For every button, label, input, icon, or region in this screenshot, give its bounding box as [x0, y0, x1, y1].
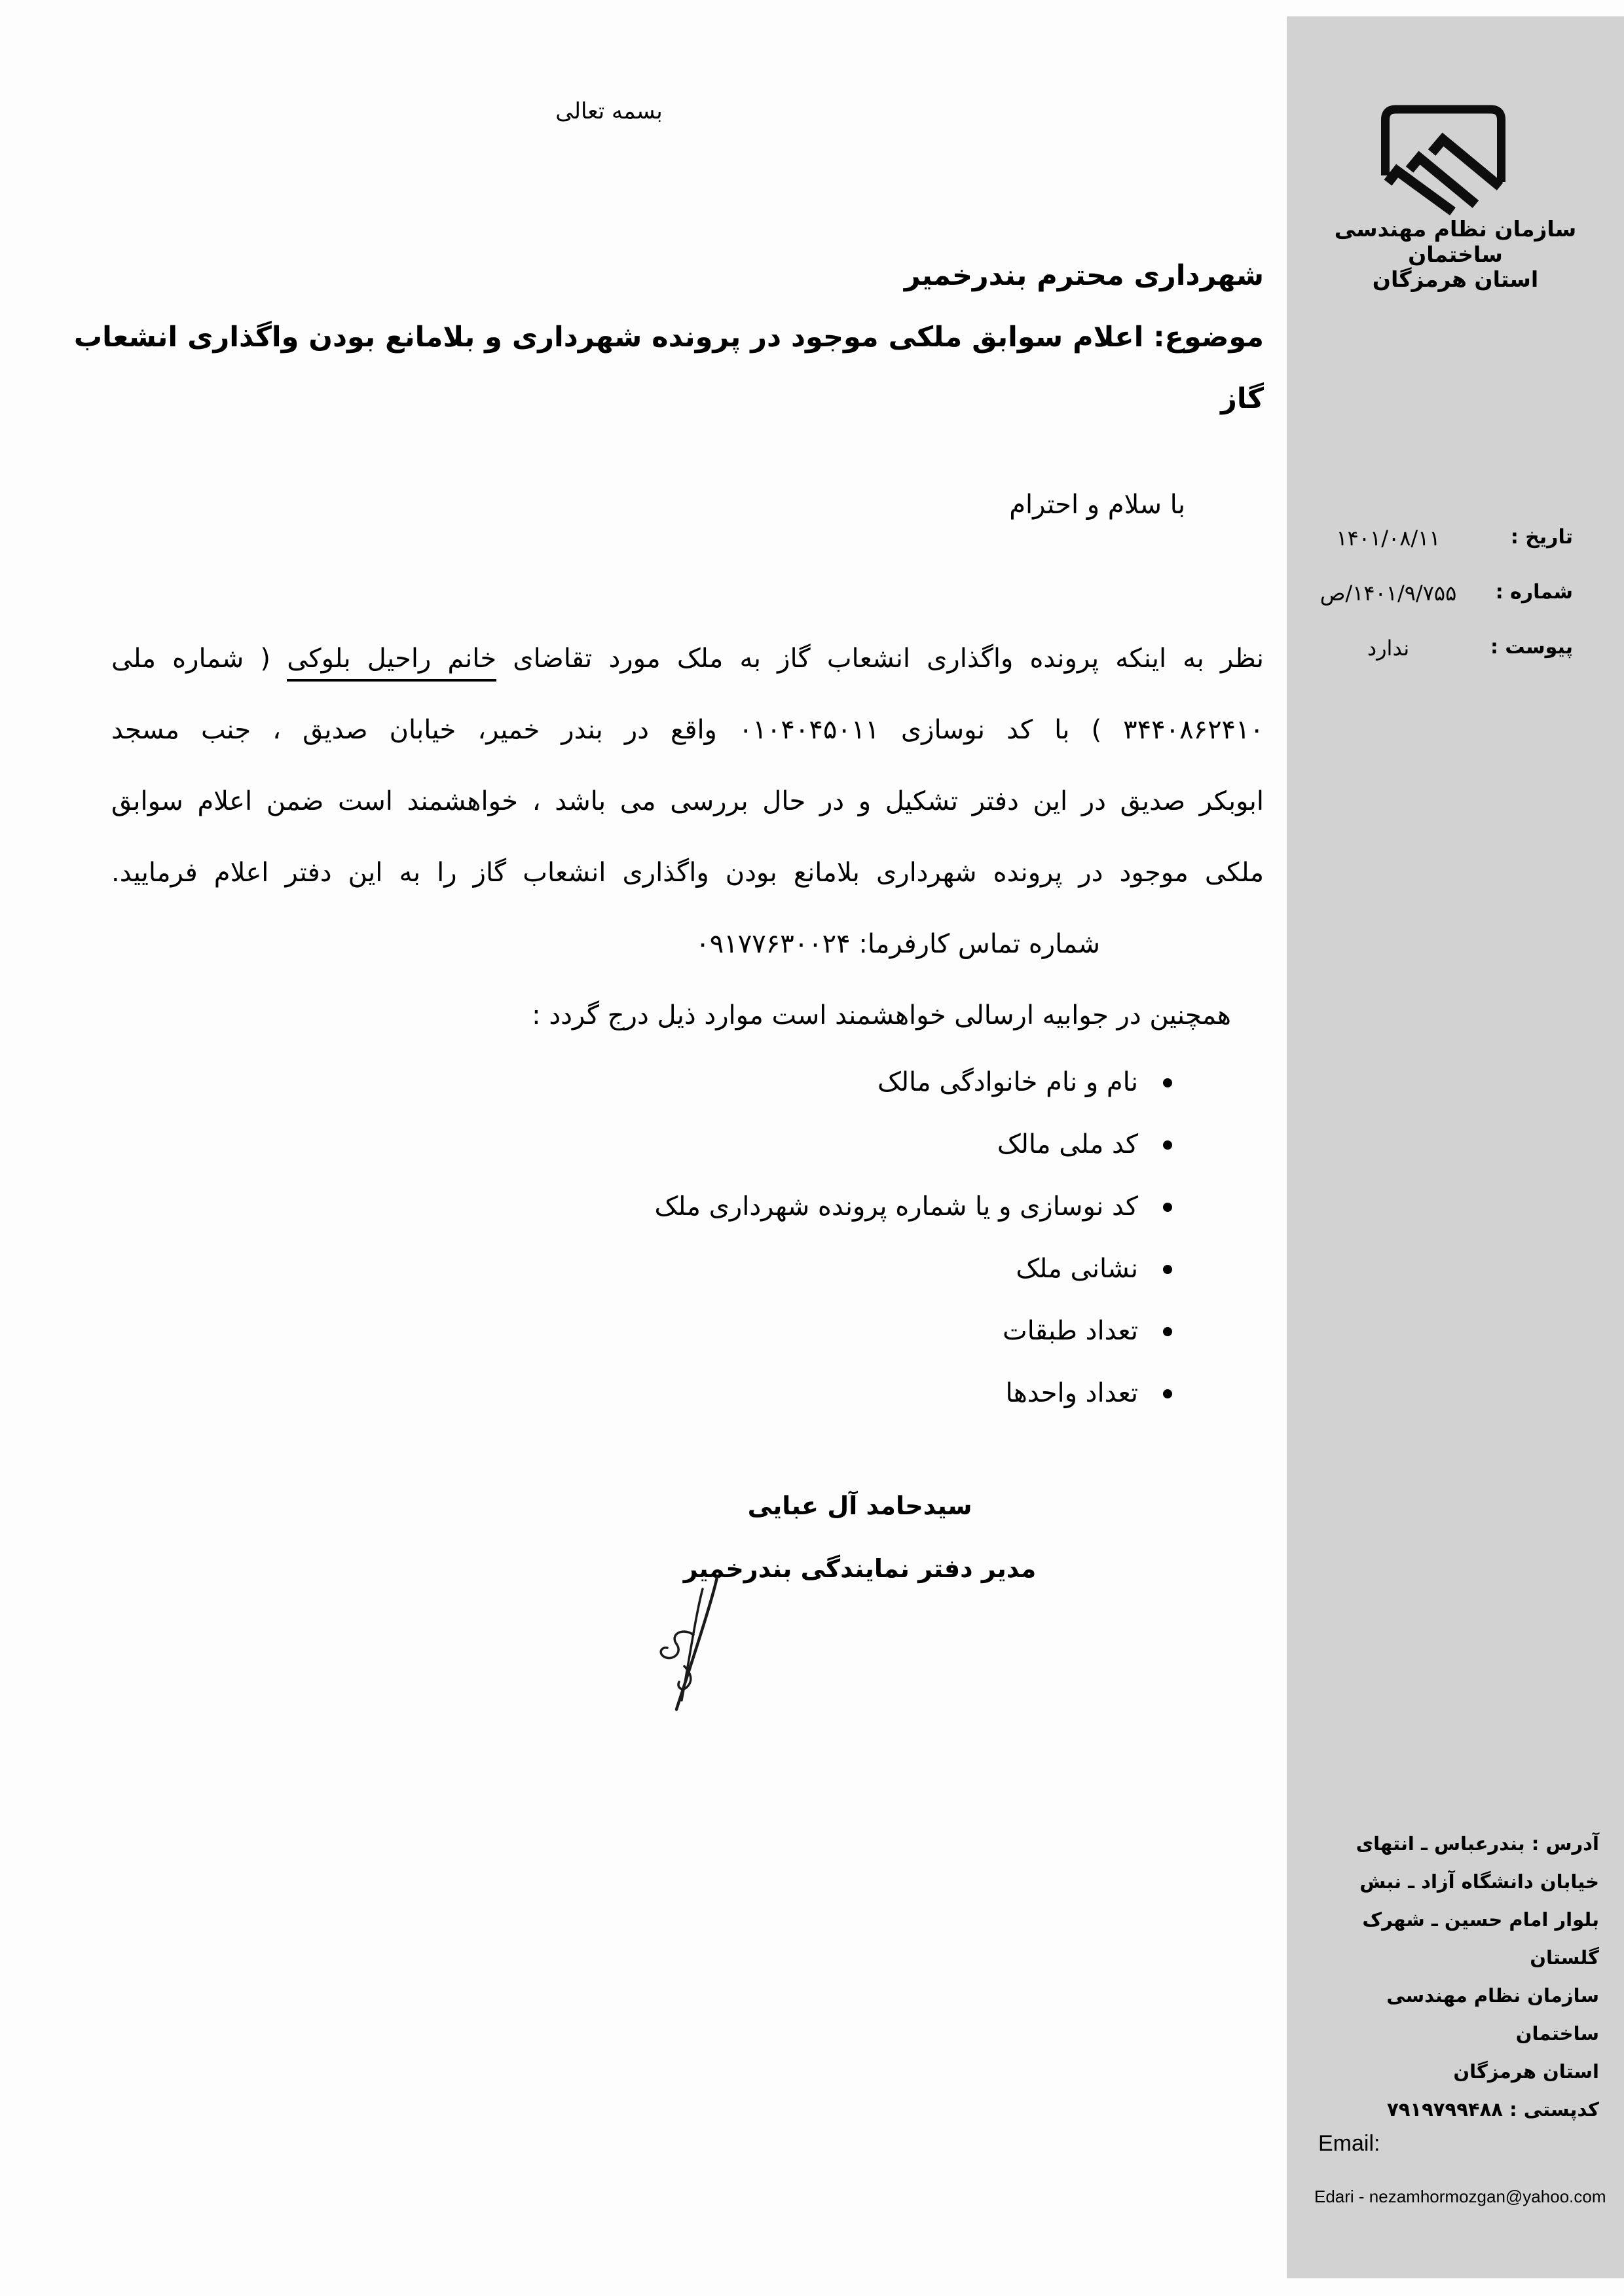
- list-item-label: تعداد طبقات: [1003, 1300, 1138, 1362]
- body-line-1-pre: نظر به اینکه پرونده واگذاری انشعاب گاز ب…: [496, 644, 1264, 674]
- body-line-2: ۳۴۴۰۸۶۲۴۱۰ ) با کد نوسازی ۰۱۰۴۰۴۵۰۱۱ واق…: [111, 695, 1264, 766]
- attachment-row: پیوست : ندارد: [1287, 636, 1624, 691]
- list-item-label: تعداد واحدها: [1006, 1362, 1139, 1425]
- bullet-icon: [1163, 1327, 1172, 1336]
- email-value: Edari - nezamhormozgan@yahoo.com: [1314, 2187, 1606, 2207]
- bullet-icon: [1163, 1078, 1172, 1087]
- bullet-icon: [1163, 1389, 1172, 1398]
- body-line-4: ملکی موجود در پرونده شهرداری بلامانع بود…: [111, 837, 1264, 909]
- list-item: کد ملی مالک: [654, 1114, 1172, 1176]
- list-item-label: نشانی ملک: [1016, 1238, 1138, 1300]
- postal-code-line: کدپستی : ۷۹۱۹۷۹۹۴۸۸: [1313, 2090, 1599, 2128]
- bullet-icon: [1163, 1203, 1172, 1212]
- number-row: شماره : ۱۴۰۱/۹/۷۵۵/ص: [1287, 581, 1624, 636]
- date-value: ۱۴۰۱/۰۸/۱۱: [1306, 526, 1470, 551]
- letter-meta: تاریخ : ۱۴۰۱/۰۸/۱۱ شماره : ۱۴۰۱/۹/۷۵۵/ص …: [1287, 526, 1624, 691]
- besmellah-text: بسمه تعالی: [504, 98, 714, 124]
- attachment-value: ندارد: [1306, 636, 1470, 661]
- list-item: کد نوسازی و یا شماره پرونده شهرداری ملک: [654, 1176, 1172, 1238]
- address-line: گلستان: [1313, 1939, 1599, 1977]
- body-line-3: ابوبکر صدیق در این دفتر تشکیل و در حال ب…: [111, 766, 1264, 837]
- list-item-label: کد ملی مالک: [997, 1114, 1138, 1176]
- address-line: استان هرمزگان: [1313, 2052, 1599, 2090]
- email-label: Email:: [1318, 2131, 1380, 2157]
- list-item: تعداد واحدها: [654, 1362, 1172, 1425]
- date-row: تاریخ : ۱۴۰۱/۰۸/۱۱: [1287, 526, 1624, 581]
- bullet-icon: [1163, 1140, 1172, 1150]
- organization-logo-icon: [1375, 100, 1536, 218]
- required-items-list: نام و نام خانوادگی مالک کد ملی مالک کد ن…: [654, 1051, 1172, 1425]
- address-line: آدرس : بندرعباس ـ انتهای: [1313, 1825, 1599, 1863]
- employer-phone-line: شماره تماس کارفرما: ۰۹۱۷۷۶۳۰۰۲۴: [111, 909, 1264, 980]
- letter-page: بسمه تعالی شهرداری محترم بندرخمیر موضوع:…: [0, 0, 1624, 2296]
- list-item: تعداد طبقات: [654, 1300, 1172, 1362]
- org-name-line-2: استان هرمزگان: [1287, 266, 1624, 292]
- subject-line-1: موضوع: اعلام سوابق ملکی موجود در پرونده …: [111, 321, 1264, 354]
- org-name-line-1: سازمان نظام مهندسی ساختمان: [1287, 216, 1624, 267]
- address-line: سازمان نظام مهندسی ساختمان: [1313, 1977, 1599, 2052]
- list-item: نشانی ملک: [654, 1238, 1172, 1300]
- list-item-label: نام و نام خانوادگی مالک: [877, 1051, 1138, 1114]
- bullet-icon: [1163, 1265, 1172, 1274]
- attachment-label: پیوست :: [1490, 636, 1573, 659]
- request-line: همچنین در جوابیه ارسالی خواهشمند است موا…: [111, 980, 1264, 1051]
- address-line: خیابان دانشگاه آزاد ـ نبش: [1313, 1863, 1599, 1901]
- body-line-1-post: ( شماره ملی: [111, 644, 287, 674]
- addressee-line: شهرداری محترم بندرخمیر: [904, 259, 1264, 292]
- org-address: آدرس : بندرعباس ـ انتهای خیابان دانشگاه …: [1313, 1825, 1599, 2128]
- list-item: نام و نام خانوادگی مالک: [654, 1051, 1172, 1114]
- sidebar: سازمان نظام مهندسی ساختمان استان هرمزگان…: [1287, 16, 1624, 2278]
- handwritten-signature-icon: [638, 1575, 733, 1712]
- signatory-name: سیدحامد آل عبایی: [663, 1474, 1056, 1537]
- number-label: شماره :: [1496, 581, 1573, 604]
- body-paragraph: نظر به اینکه پرونده واگذاری انشعاب گاز ب…: [111, 623, 1264, 1051]
- subject-line-2: گاز: [1221, 382, 1264, 415]
- applicant-name-underlined: خانم راحیل بلوکی: [287, 644, 496, 682]
- body-line-1: نظر به اینکه پرونده واگذاری انشعاب گاز ب…: [111, 623, 1264, 695]
- list-item-label: کد نوسازی و یا شماره پرونده شهرداری ملک: [654, 1176, 1138, 1238]
- greeting-line: با سلام و احترام: [1009, 490, 1185, 520]
- address-line: بلوار امام حسین ـ شهرک: [1313, 1901, 1599, 1939]
- date-label: تاریخ :: [1511, 526, 1573, 549]
- number-value: ۱۴۰۱/۹/۷۵۵/ص: [1306, 581, 1470, 606]
